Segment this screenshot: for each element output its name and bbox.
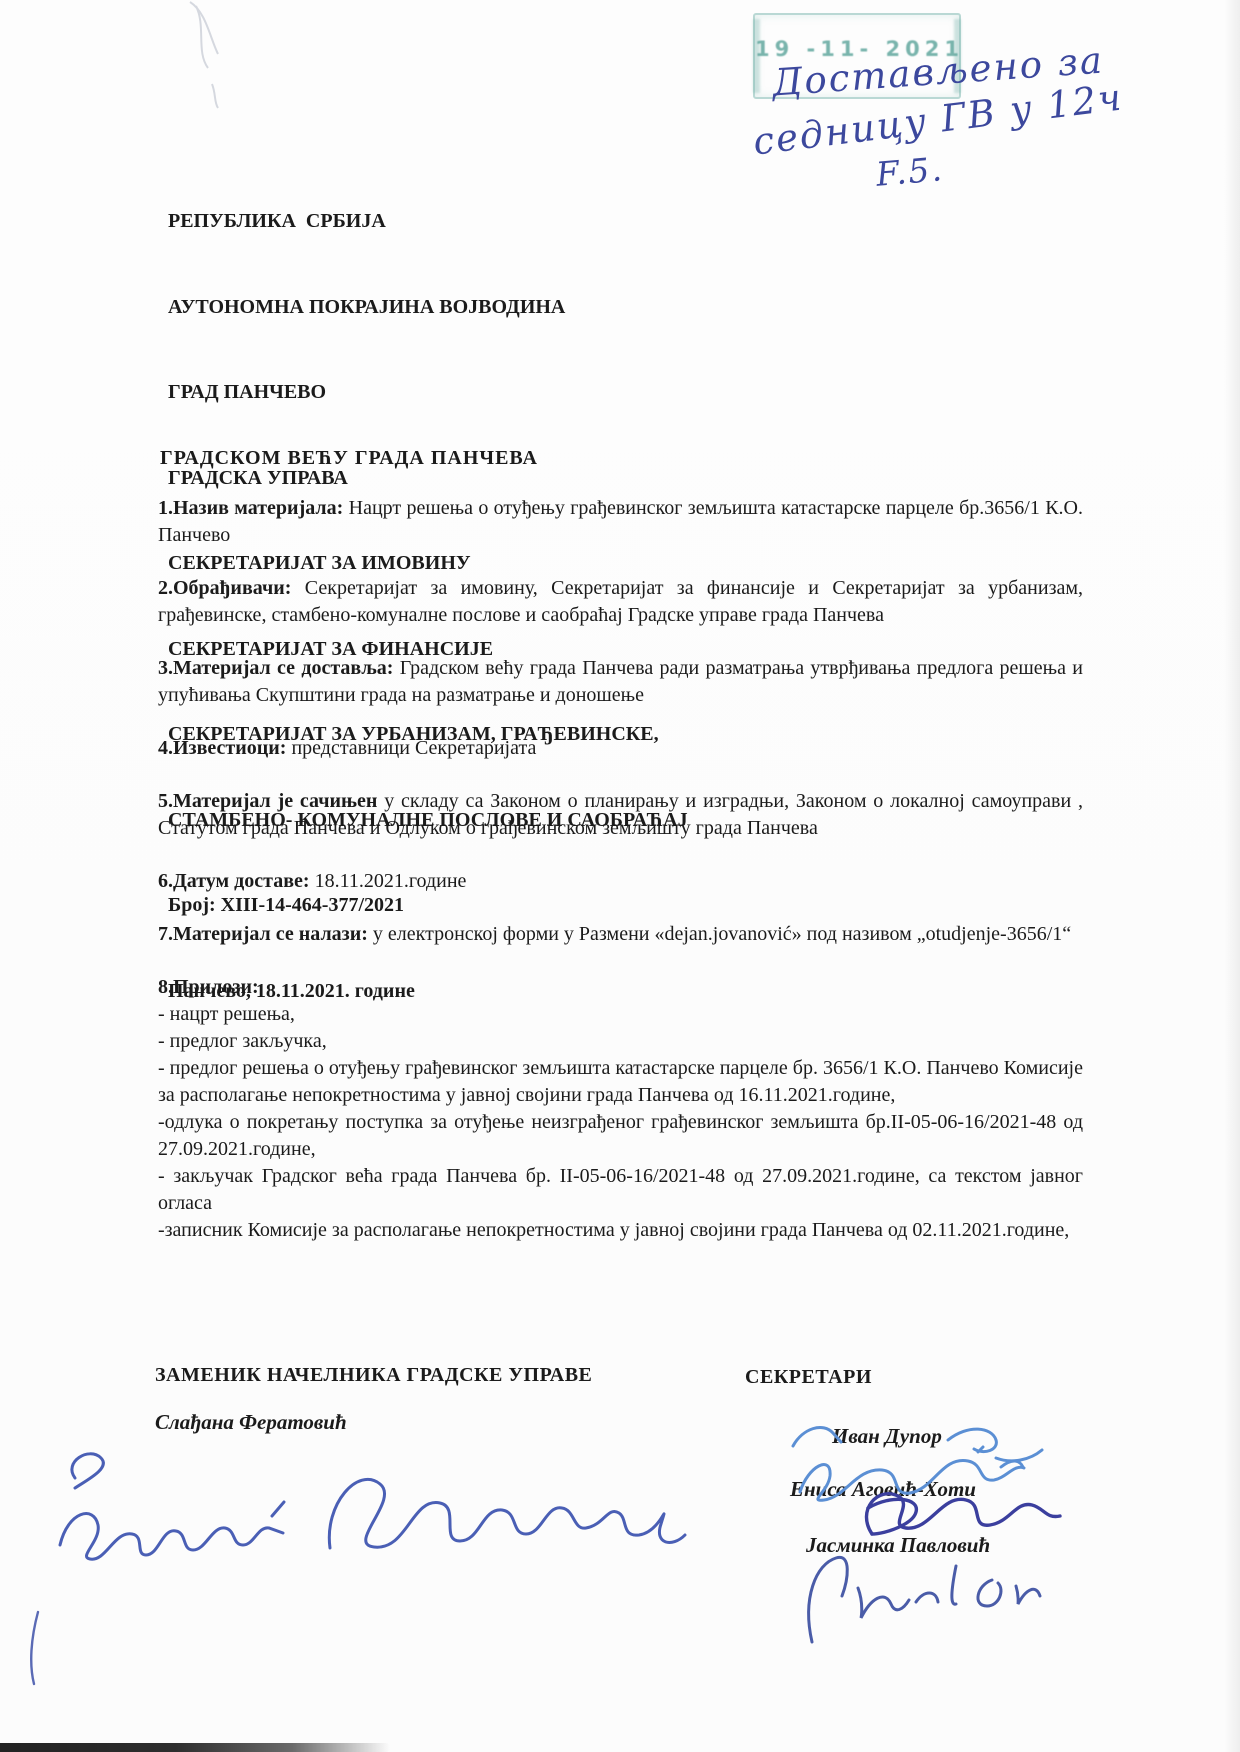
secretary-name-1: Иван Дупор: [832, 1424, 942, 1449]
attachment-item-2: - предлог закључка,: [158, 1028, 1083, 1055]
signature-sladjana-feratovic: [60, 1454, 685, 1559]
item-5: 5.Материјал је сачињен у складу са Закон…: [158, 788, 1083, 842]
attachment-item-1: - нацрт решења,: [158, 1001, 1083, 1028]
item-2-label: 2.Обрађивачи:: [158, 577, 291, 599]
item-6-text: 18.11.2021.године: [315, 870, 467, 892]
attachment-item-4: -одлука о покретању поступка за отуђење …: [158, 1109, 1083, 1163]
item-2-text: Секретаријат за имовину, Секретаријат за…: [158, 577, 1083, 626]
item-6: 6.Датум доставе: 18.11.2021.године: [158, 868, 1083, 895]
deputy-chief-title: ЗАМЕНИК НАЧЕЛНИКА ГРАДСКЕ УПРАВЕ: [155, 1364, 592, 1387]
scan-edge-right: [1224, 0, 1240, 1752]
secretaries-title: СЕКРЕТАРИ: [745, 1366, 872, 1389]
item-4-label: 4.Известиоци:: [158, 737, 286, 759]
attachment-item-5: - закључак Градског већа града Панчева б…: [158, 1163, 1083, 1217]
item-1: 1.Назив материјала: Нацрт решења о отуђе…: [158, 495, 1083, 549]
item-7-label: 7.Материјал се налази:: [158, 923, 368, 945]
item-7-text: у електронској форми у Размени «dejan.jo…: [373, 923, 1071, 945]
item-5-label: 5.Материјал је сачињен: [158, 790, 377, 812]
item-1-label: 1.Назив материјала:: [158, 497, 343, 519]
attachment-item-3: - предлог решења о отуђењу грађевинског …: [158, 1055, 1083, 1109]
signature-jasminka-pavlovic: [809, 1557, 1040, 1642]
attachments-section: 8.Прилози: - нацрт решења, - предлог зак…: [158, 974, 1083, 1244]
attachment-item-6: -записник Комисије за располагање непокр…: [158, 1217, 1083, 1244]
document-body: 1.Назив материјала: Нацрт решења о отуђе…: [158, 495, 1083, 1244]
item-4-text: представници Секретаријата: [291, 737, 536, 759]
addressee-heading: ГРАДСКОМ ВЕЋУ ГРАДА ПАНЧЕВА: [160, 447, 538, 470]
item-4: 4.Известиоци: представници Секретаријата: [158, 735, 1083, 762]
secretary-name-2: Ениса Аговић-Хоти: [790, 1477, 976, 1502]
item-2: 2.Обрађивачи: Секретаријат за имовину, С…: [158, 575, 1083, 629]
staple-mark: [190, 2, 218, 108]
deputy-chief-name: Слађана Фератовић: [155, 1410, 347, 1435]
handwritten-note-line-3: F.5.: [874, 149, 945, 194]
letterhead-line-city: ГРАД ПАНЧЕВО: [168, 378, 688, 407]
document-page: 19 -11- 2021 Достављено за седницу ГВ у …: [0, 0, 1240, 1752]
secretary-name-3: Јасминка Павловић: [806, 1533, 990, 1558]
scan-edge-bottom: [0, 1743, 390, 1752]
item-7: 7.Материјал се налази: у електронској фо…: [158, 921, 1083, 948]
pen-mark-bottom-left: [31, 1612, 38, 1684]
item-3: 3.Материјал се доставља: Градском већу г…: [158, 655, 1083, 709]
item-6-label: 6.Датум доставе:: [158, 870, 310, 892]
item-3-label: 3.Материјал се доставља:: [158, 657, 393, 679]
attachments-heading: 8.Прилози:: [158, 974, 1083, 1001]
letterhead-line-republic: РЕПУБЛИКА СРБИЈА: [168, 207, 688, 236]
letterhead-line-province: АУТОНОМНА ПОКРАЈИНА ВОЈВОДИНА: [168, 293, 688, 322]
